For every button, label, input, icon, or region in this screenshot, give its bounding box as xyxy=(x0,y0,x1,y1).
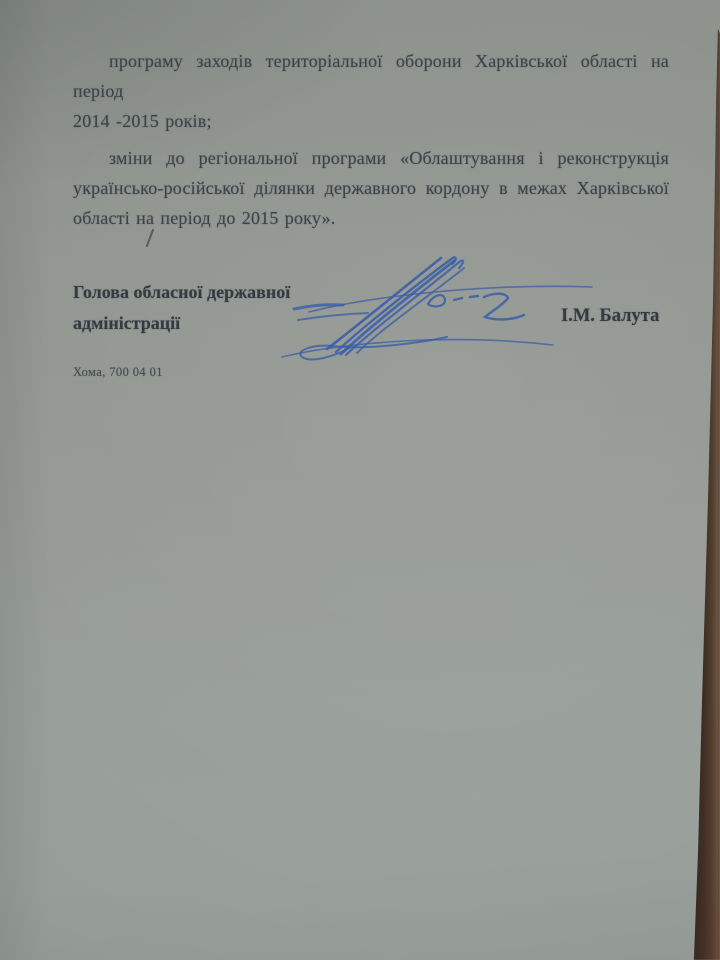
reference-note: Хома, 700 04 01 xyxy=(73,365,163,380)
scanned-document-page: програму заходів територіальної оборони … xyxy=(0,0,720,960)
text-line: програму заходів територіальної оборони … xyxy=(73,46,669,106)
text-line: зміни до регіональної програми «Облаштув… xyxy=(73,143,669,173)
text-line: області на період до 2015 року». xyxy=(73,203,669,233)
handwritten-tick-mark xyxy=(143,228,157,250)
document-content: програму заходів територіальної оборони … xyxy=(0,0,720,960)
signer-name: І.М. Балута xyxy=(561,306,659,327)
paragraph: програму заходів територіальної оборони … xyxy=(73,46,669,136)
signature-scribble xyxy=(273,248,603,368)
paragraph: зміни до регіональної програми «Облаштув… xyxy=(73,143,669,233)
document-text: програму заходів територіальної оборони … xyxy=(73,46,669,240)
text-line: українсько-російської ділянки державного… xyxy=(73,173,669,203)
text-line: 2014 -2015 років; xyxy=(73,106,669,136)
